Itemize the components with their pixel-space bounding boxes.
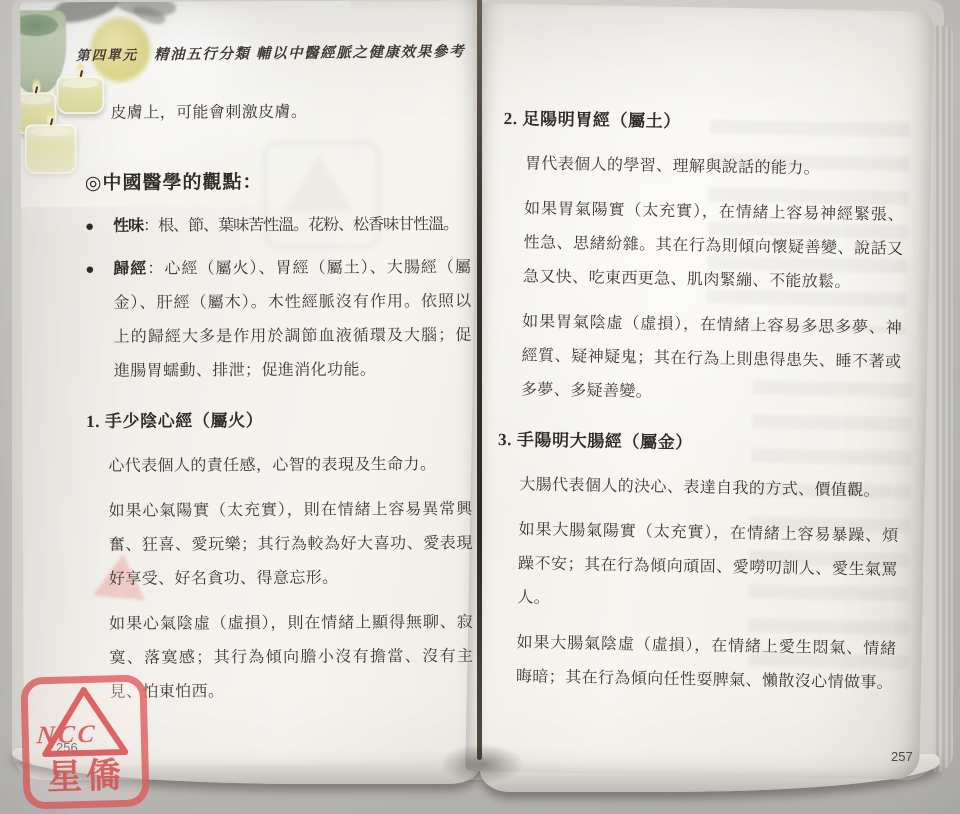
- book-photo: 第四單元精油五行分類 輔以中醫經脈之健康效果參考 皮膚上，可能會刺激皮膚。 ◎中…: [0, 0, 960, 814]
- section-paragraph: 如果心氣陽實（太充實），則在情緒上容易異常興奮、狂喜、愛玩樂；其行為較為好大喜功…: [86, 493, 473, 597]
- bullet-icon: ●: [85, 210, 93, 244]
- section-heading: 2. 足陽明胃經（屬土）: [503, 102, 906, 143]
- bullet-text: ：心經（屬火）、胃經（屬土）、大腸經（屬金）、肝經（屬木）。木性經脈沒有作用。依…: [113, 259, 471, 380]
- right-page-text: 2. 足陽明胃經（屬土） 胃代表個人的學習、理解與說話的能力。 如果胃氣陽實（太…: [494, 102, 906, 701]
- left-page-text: 皮膚上，可能會刺激皮膚。 ◎中國醫學的觀點： ●性味：根、節、葉味苦性溫。花粉、…: [84, 95, 473, 710]
- chapter-title: 精油五行分類 輔以中醫經脈之健康效果參考: [154, 44, 465, 63]
- section-heading: 1. 手少陰心經（屬火）: [86, 403, 472, 439]
- bullet-text: ：根、節、葉味苦性溫。花粉、松香味甘性溫。: [143, 216, 458, 235]
- section-paragraph: 大腸代表個人的決心、表達自我的方式、價值觀。: [497, 468, 900, 509]
- section-paragraph: 如果大腸氣陰虛（虛損），在情緒上愛生悶氣、情緒晦暗；其在行為傾向任性耍脾氣、懶散…: [494, 626, 897, 701]
- gutter-shadow: [440, 744, 524, 784]
- section-heart-meridian: 1. 手少陰心經（屬火） 心代表個人的責任感，心智的表現及生命力。 如果心氣陽實…: [86, 403, 474, 710]
- book-gutter: [477, 0, 482, 760]
- bullet-label: 性味: [113, 218, 143, 235]
- section-paragraph: 如果胃氣陰虛（虛損），在情緒上容易多思多夢、神經質、疑神疑鬼；其在行為上則患得患…: [499, 305, 903, 414]
- section-paragraph: 胃代表個人的學習、理解與說話的能力。: [503, 147, 906, 188]
- section-paragraph: 如果大腸氣陽實（太充實），在情緒上容易暴躁、煩躁不安；其在行為傾向頑固、愛嘮叨訓…: [495, 513, 899, 622]
- section-heading: 3. 手陽明大腸經（屬金）: [498, 423, 901, 464]
- bullet-item-meridians: ●歸經：心經（屬火）、胃經（屬土）、大腸經（屬金）、肝經（屬木）。木性經脈沒有作…: [85, 251, 472, 389]
- bullet-icon: ●: [85, 253, 95, 287]
- right-page-edges: [933, 26, 953, 772]
- bullet-label: 歸經: [113, 261, 147, 278]
- intro-line: 皮膚上，可能會刺激皮膚。: [110, 95, 470, 131]
- section-heading-tcm: ◎中國醫學的觀點：: [85, 165, 471, 201]
- running-header: 第四單元精油五行分類 輔以中醫經脈之健康效果參考: [76, 40, 476, 65]
- stamp-text-cjk: 星僑: [29, 748, 142, 801]
- section-stomach-meridian: 2. 足陽明胃經（屬土） 胃代表個人的學習、理解與說話的能力。 如果胃氣陽實（太…: [499, 102, 906, 414]
- ncc-watermark-stamp: NCC 星僑: [20, 674, 149, 809]
- unit-label: 第四單元: [76, 47, 138, 63]
- stamp-text-ncc: NCC: [36, 721, 99, 751]
- section-large-intestine-meridian: 3. 手陽明大腸經（屬金） 大腸代表個人的決心、表達自我的方式、價值觀。 如果大…: [494, 423, 901, 701]
- section-paragraph: 心代表個人的責任感，心智的表現及生命力。: [86, 448, 472, 484]
- bullet-item-nature: ●性味：根、節、葉味苦性溫。花粉、松香味甘性溫。: [85, 208, 471, 244]
- page-number-right: 257: [891, 749, 913, 764]
- section-paragraph: 如果胃氣陽實（太充實），在情緒上容易神經緊張、性急、思緒紛雜。其在行為則傾向懷疑…: [501, 192, 905, 301]
